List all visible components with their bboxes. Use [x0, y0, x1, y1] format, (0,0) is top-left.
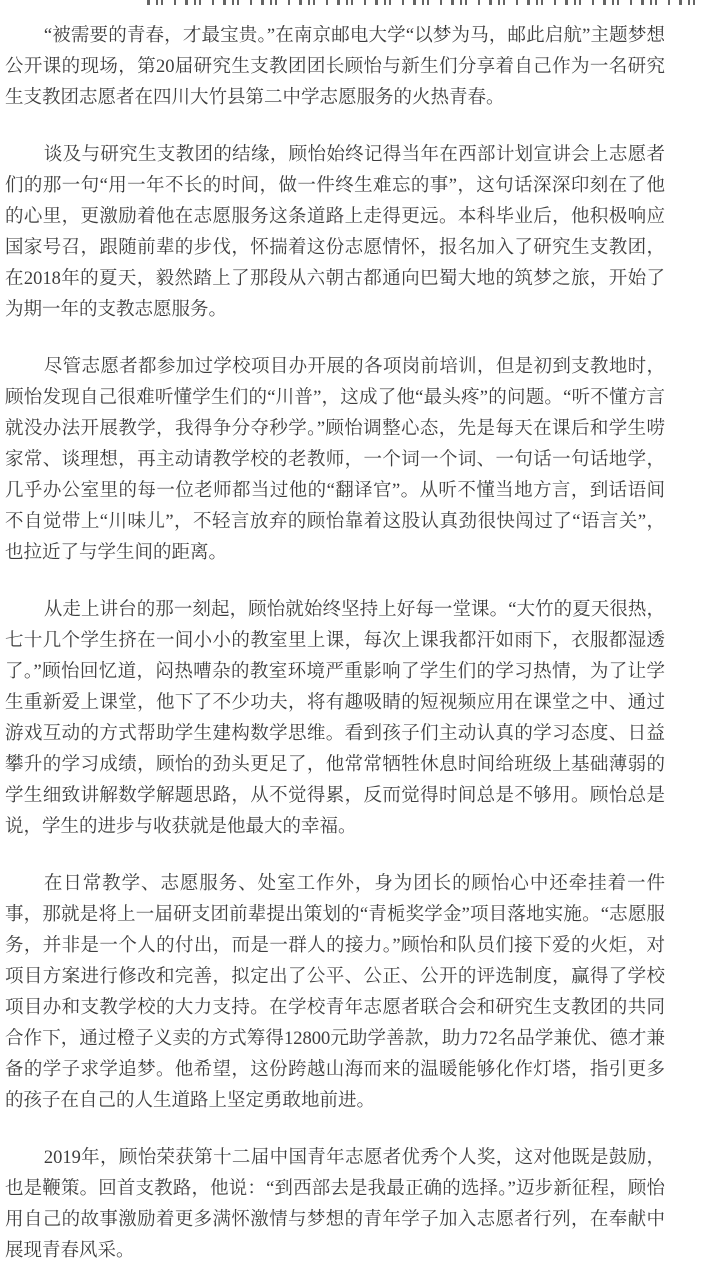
article-page: “被需要的青春，才最宝贵。”在南京邮电大学“以梦为马，邮此启航”主题梦想公开课的… — [0, 0, 703, 1277]
clipped-text-top — [147, 0, 701, 5]
paragraph-dialect: 尽管志愿者都参加过学校项目办开展的各项岗前培训，但是初到支教地时，顾怡发现自己很… — [5, 352, 665, 569]
paragraph-award: 2019年，顾怡荣获第十二届中国青年志愿者优秀个人奖，这对他既是鼓励，也是鞭策。… — [5, 1143, 665, 1267]
paragraph-scholarship: 在日常教学、志愿服务、处室工作外，身为团长的顾怡心中还牵挂着一件事，那就是将上一… — [5, 869, 665, 1117]
paragraph-joining: 谈及与研究生支教团的结缘，顾怡始终记得当年在西部计划宣讲会上志愿者们的那一句“用… — [5, 140, 665, 326]
article-body: “被需要的青春，才最宝贵。”在南京邮电大学“以梦为马，邮此启航”主题梦想公开课的… — [0, 5, 703, 1267]
paragraph-intro: “被需要的青春，才最宝贵。”在南京邮电大学“以梦为马，邮此启航”主题梦想公开课的… — [5, 21, 665, 114]
paragraph-teaching: 从走上讲台的那一刻起，顾怡就始终坚持上好每一堂课。“大竹的夏天很热，七十几个学生… — [5, 595, 665, 843]
